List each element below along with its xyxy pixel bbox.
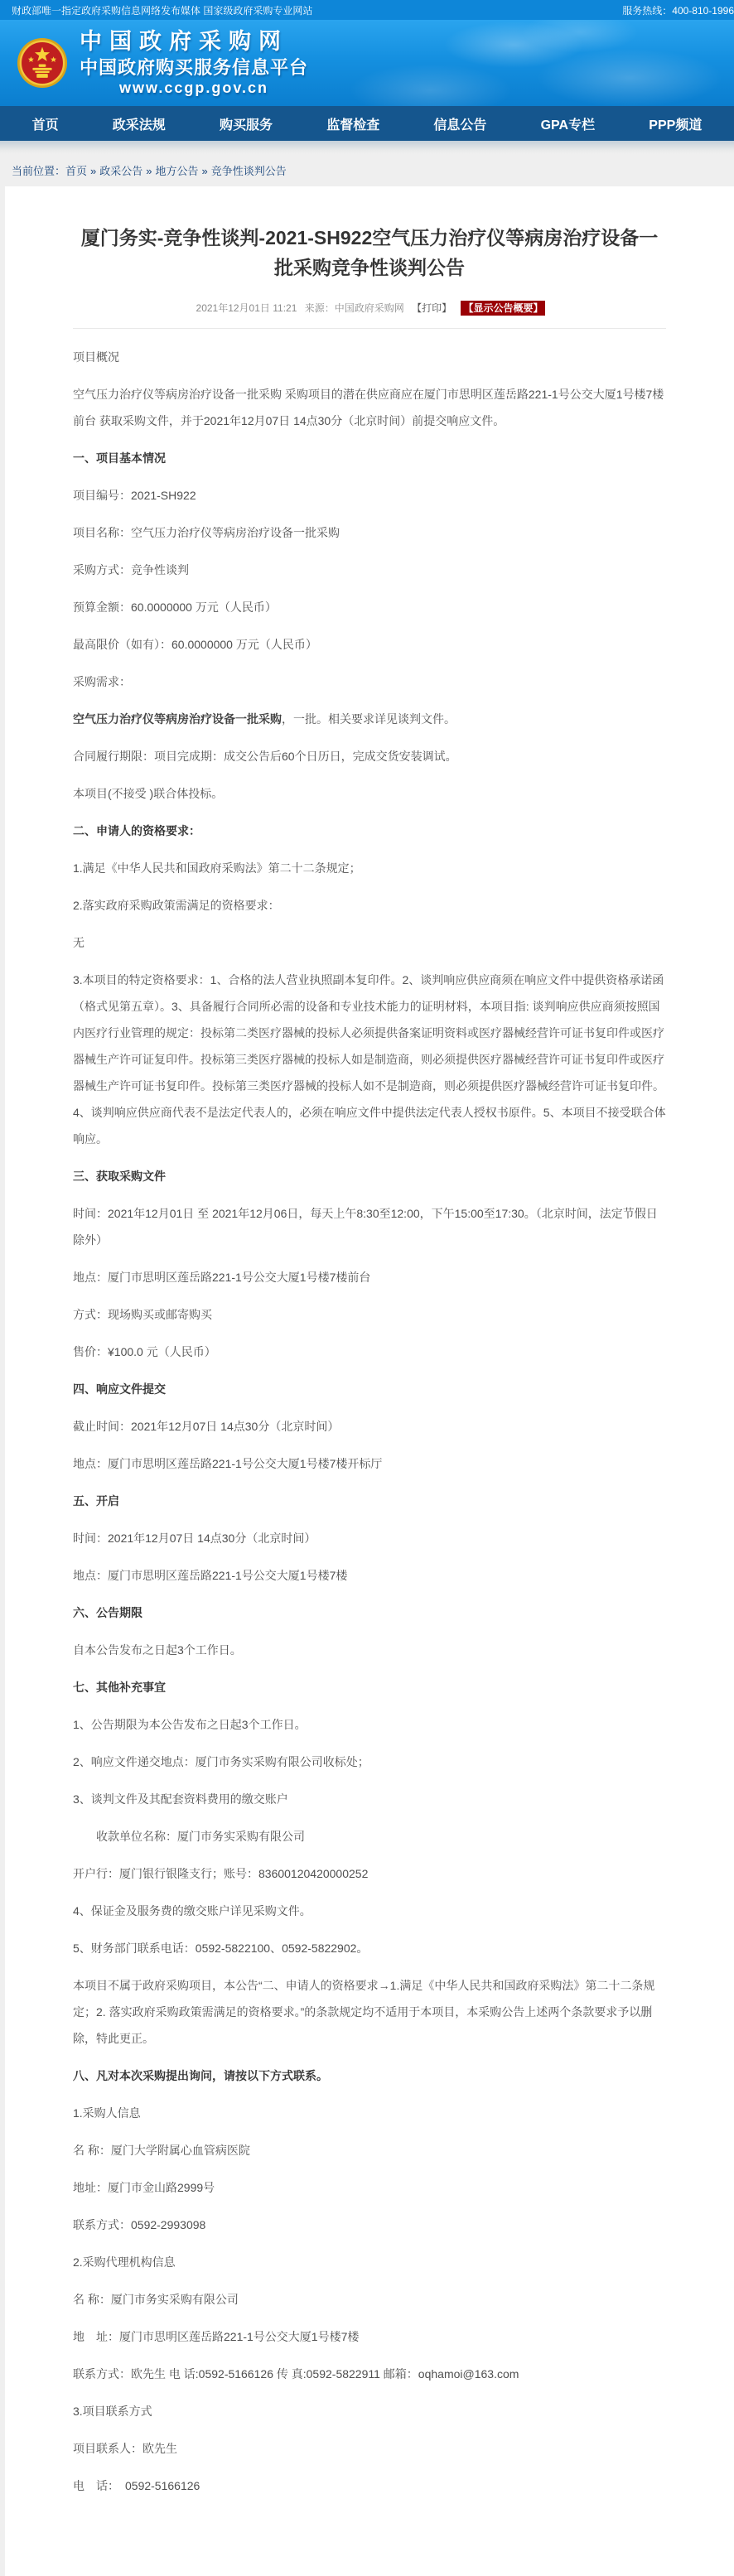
nav-item-5[interactable]: 信息公告 [433,114,486,133]
section-heading: 二、申请人的资格要求： [73,818,666,844]
nav-item-6[interactable]: GPA专栏 [541,114,596,133]
paragraph-6: 采购方式：竞争性谈判 [73,557,666,583]
paragraph-21: 方式：现场购买或邮寄购买 [73,1301,666,1328]
breadcrumb-label: 当前位置： [12,165,65,177]
article-meta: 2021年12月01日 11:21 来源：中国政府采购网 【打印】 【显示公告概… [73,301,666,329]
article-panel: 厦门务实-竞争性谈判-2021-SH922空气压力治疗仪等病房治疗设备一批采购竞… [5,186,734,2576]
breadcrumb-link-3[interactable]: 地方公告 [156,165,199,177]
nav-item-4[interactable]: 监督检查 [326,114,379,133]
breadcrumb-link-2[interactable]: 政采公告 [99,165,142,177]
site-title[interactable]: 中国政府采购网 [80,29,308,55]
nav-item-2[interactable]: 政采法规 [113,114,166,133]
article-body: 项目概况空气压力治疗仪等病房治疗设备一批采购 采购项目的潜在供应商应在厦门市思明… [73,344,666,2499]
breadcrumb-separator: » [87,165,99,177]
nav-fade-strip [0,141,734,154]
paragraph-11: 合同履行期限：项目完成期：成交公告后60个日历日，完成交货安装调试。 [73,743,666,769]
paragraph-17: 3.本项目的特定资格要求：1、合格的法人营业执照副本复印件。2、谈判响应供应商须… [73,967,666,1152]
paragraph-38: 5、财务部门联系电话：0592-5822100、0592-5822902。 [73,1935,666,1961]
breadcrumb: 当前位置：首页»政采公告»地方公告»竞争性谈判公告 [0,154,734,186]
paragraph-7: 预算金额：60.0000000 万元（人民币） [73,594,666,620]
section-heading: 一、项目基本情况 [73,445,666,471]
breadcrumb-trail: 首页»政采公告»地方公告»竞争性谈判公告 [65,165,287,177]
page: 财政部唯一指定政府采购信息网络发布媒体 国家级政府采购专业网站 服务热线：400… [0,0,734,2576]
paragraph-46: 名 称：厦门市务实采购有限公司 [73,2286,666,2313]
paragraph-49: 3.项目联系方式 [73,2398,666,2424]
paragraph-27: 时间：2021年12月07日 14点30分（北京时间） [73,1525,666,1551]
site-url[interactable]: www.ccgp.gov.cn [80,80,308,97]
section-heading: 四、响应文件提交 [73,1376,666,1402]
paragraph-51: 电 话： 0592-5166126 [73,2472,666,2499]
paragraph-43: 地址：厦门市金山路2999号 [73,2174,666,2201]
paragraph-28: 地点：厦门市思明区莲岳路221-1号公交大厦1号楼7楼 [73,1562,666,1589]
paragraph-1: 项目概况 [73,344,666,370]
paragraph-35: 收款单位名称：厦门市务实采购有限公司 [73,1823,666,1850]
paragraph-5: 项目名称：空气压力治疗仪等病房治疗设备一批采购 [73,519,666,546]
breadcrumb-separator: » [142,165,155,177]
nav-item-1[interactable]: 首页 [32,114,59,133]
paragraph-15: 2.落实政府采购政策需满足的资格要求： [73,892,666,919]
section-heading: 六、公告期限 [73,1599,666,1626]
paragraph-14: 1.满足《中华人民共和国政府采购法》第二十二条规定； [73,855,666,881]
paragraph-20: 地点：厦门市思明区莲岳路221-1号公交大厦1号楼7楼前台 [73,1264,666,1290]
paragraph-10: 空气压力治疗仪等病房治疗设备一批采购，一批。相关要求详见谈判文件。 [73,706,666,732]
breadcrumb-link-1[interactable]: 首页 [65,165,87,177]
service-hotline: 服务热线：400-810-1996 [622,3,734,17]
section-heading: 七、其他补充事宜 [73,1674,666,1700]
top-utility-bar: 财政部唯一指定政府采购信息网络发布媒体 国家级政府采购专业网站 服务热线：400… [0,0,734,20]
paragraph-37: 4、保证金及服务费的缴交账户详见采购文件。 [73,1898,666,1924]
paragraph-36: 开户行：厦门银行银隆支行；账号：83600120420000252 [73,1860,666,1887]
paragraph-32: 1、公告期限为本公告发布之日起3个工作日。 [73,1711,666,1738]
paragraph-25: 地点：厦门市思明区莲岳路221-1号公交大厦1号楼7楼开标厅 [73,1450,666,1477]
breadcrumb-separator: » [199,165,211,177]
section-heading: 八、凡对本次采购提出询问，请按以下方式联系。 [73,2062,666,2089]
paragraph-24: 截止时间：2021年12月07日 14点30分（北京时间） [73,1413,666,1440]
paragraph-39: 本项目不属于政府采购项目，本公告“二、申请人的资格要求→1.满足《中华人民共和国… [73,1972,666,2052]
paragraph-41: 1.采购人信息 [73,2100,666,2126]
paragraph-16: 无 [73,929,666,956]
paragraph-12: 本项目(不接受 )联合体投标。 [73,780,666,807]
paragraph-47: 地 址：厦门市思明区莲岳路221-1号公交大厦1号楼7楼 [73,2323,666,2350]
breadcrumb-link-4[interactable]: 竞争性谈判公告 [211,165,287,177]
paragraph-22: 售价：¥100.0 元（人民币） [73,1339,666,1365]
paragraph-50: 项目联系人：欧先生 [73,2435,666,2462]
paragraph-48: 联系方式：欧先生 电 话:0592-5166126 传 真:0592-58229… [73,2361,666,2387]
topbar-slogan: 财政部唯一指定政府采购信息网络发布媒体 国家级政府采购专业网站 [12,3,312,17]
paragraph-30: 自本公告发布之日起3个工作日。 [73,1637,666,1663]
publish-datetime: 2021年12月01日 11:21 [196,302,297,314]
paragraph-42: 名 称：厦门大学附属心血管病医院 [73,2137,666,2164]
page-title: 厦门务实-竞争性谈判-2021-SH922空气压力治疗仪等病房治疗设备一批采购竞… [73,223,666,282]
site-subtitle: 中国政府购买服务信息平台 [80,57,308,78]
section-heading: 五、开启 [73,1488,666,1514]
site-header: 中国政府采购网 中国政府购买服务信息平台 www.ccgp.gov.cn [0,20,734,106]
paragraph-8: 最高限价（如有）：60.0000000 万元（人民币） [73,631,666,658]
paragraph-45: 2.采购代理机构信息 [73,2249,666,2275]
paragraph-44: 联系方式：0592-2993098 [73,2212,666,2238]
print-button[interactable]: 【打印】 [412,302,452,314]
national-emblem-icon[interactable] [17,37,68,89]
paragraph-2: 空气压力治疗仪等病房治疗设备一批采购 采购项目的潜在供应商应在厦门市思明区莲岳路… [73,381,666,434]
paragraph-4: 项目编号：2021-SH922 [73,482,666,509]
section-heading: 三、获取采购文件 [73,1163,666,1189]
source-label: 来源：中国政府采购网 [305,302,404,314]
nav-item-7[interactable]: PPP频道 [649,114,702,133]
nav-item-3[interactable]: 购买服务 [220,114,273,133]
paragraph-33: 2、响应文件递交地点：厦门市务实采购有限公司收标处； [73,1749,666,1775]
paragraph-34: 3、谈判文件及其配套资料费用的缴交账户 [73,1786,666,1812]
show-summary-badge[interactable]: 【显示公告概要】 [461,301,545,316]
paragraph-9: 采购需求： [73,668,666,695]
main-nav: 首页政采法规购买服务监督检查信息公告GPA专栏PPP频道 [0,106,734,141]
paragraph-19: 时间：2021年12月01日 至 2021年12月06日，每天上午8:30至12… [73,1200,666,1253]
